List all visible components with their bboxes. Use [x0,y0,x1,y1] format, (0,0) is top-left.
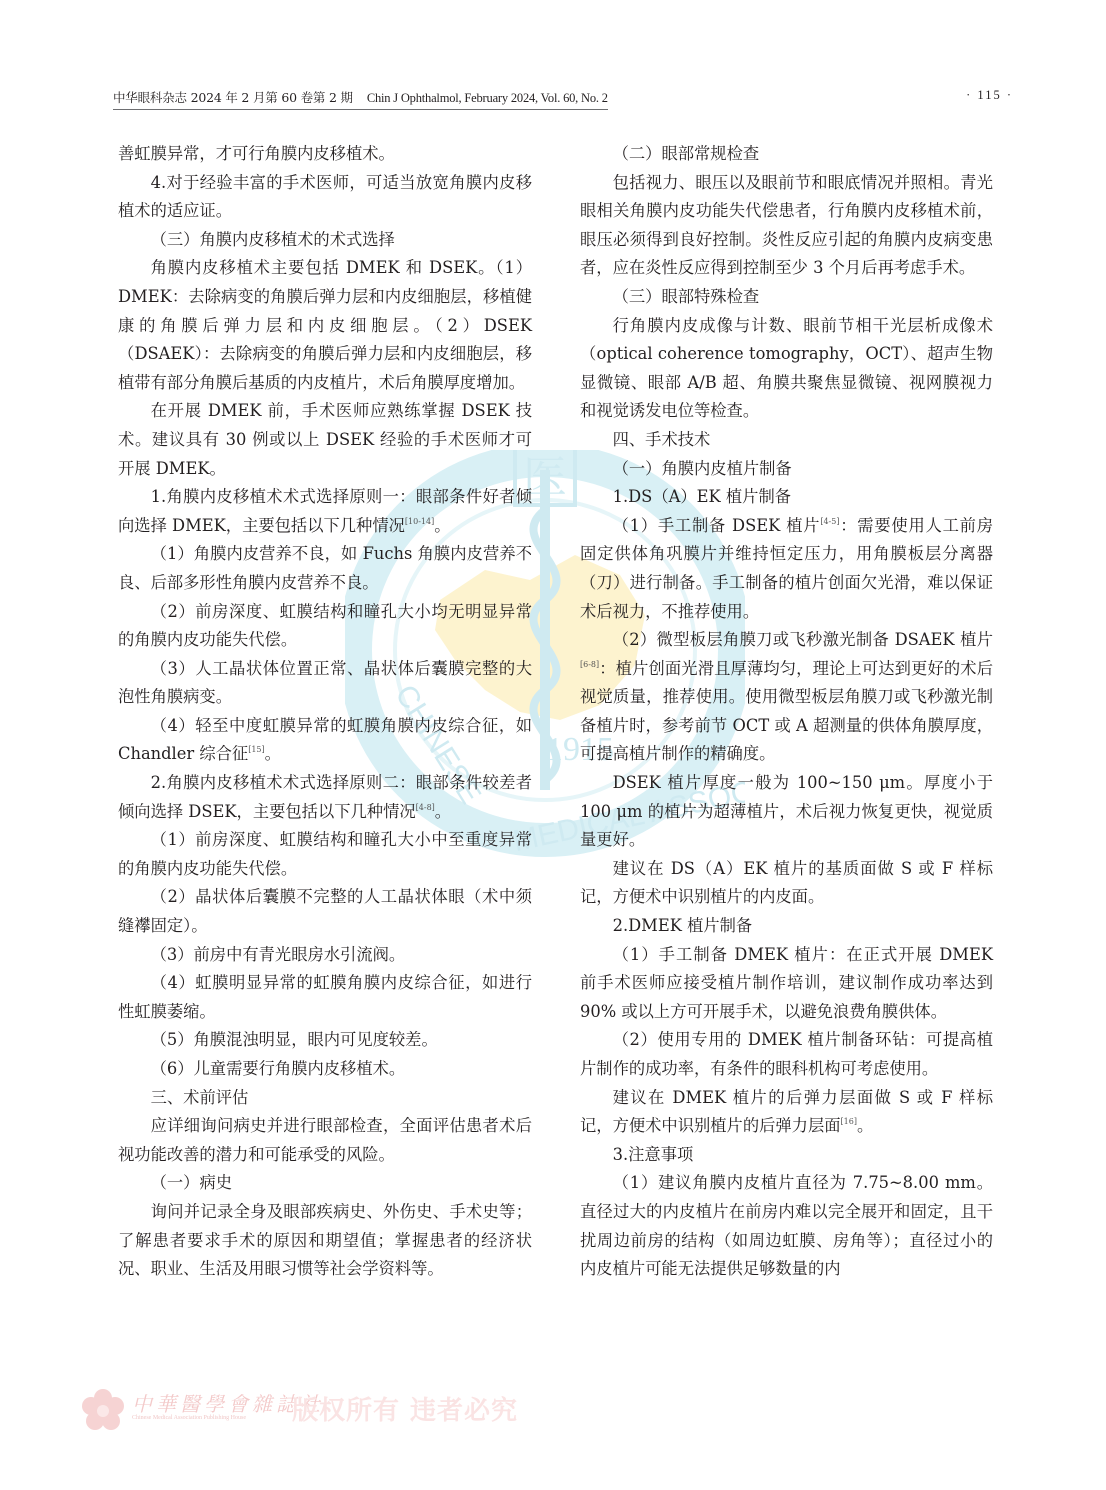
citation-ref[interactable]: [4-8] [416,803,435,812]
right-column: （二）眼部常规检查 包括视力、眼压以及眼前节和眼底情况并照相。青光眼相关角膜内皮… [580,140,993,1284]
list-item: （3）前房中有青光眼房水引流阀。 [118,941,532,970]
journal-citation: 中华眼科杂志 2024 年 2 月第 60 卷第 2 期Chin J Ophth… [113,88,608,110]
paragraph: 询问并记录全身及眼部疾病史、外伤史、手术史等；了解患者要求手术的原因和期望值；掌… [118,1198,532,1284]
paragraph: 在开展 DMEK 前，手术医师应熟练掌握 DSEK 技术。建议具有 30 例或以… [118,397,532,483]
flower-logo-icon [80,1388,126,1434]
list-item: （4）虹膜明显异常的虹膜角膜内皮综合征，如进行性虹膜萎缩。 [118,969,532,1026]
paragraph: 建议在 DS（A）EK 植片的基质面做 S 或 F 样标记，方便术中识别植片的内… [580,855,993,912]
copyright-notice: 版权所有 违者必究 [292,1390,518,1427]
citation-ref[interactable]: [15] [248,745,264,754]
paragraph: 包括视力、眼压以及眼前节和眼底情况并照相。青光眼相关角膜内皮功能失代偿患者，行角… [580,169,993,283]
subsection-heading: （一）角膜内皮植片制备 [580,455,993,484]
list-item: （4）轻至中度虹膜异常的虹膜角膜内皮综合征，如 Chandler 综合征[15]… [118,712,532,769]
citation-ref[interactable]: [6-8] [580,660,599,669]
paragraph: 建议在 DMEK 植片的后弹力层面做 S 或 F 样标记，方便术中识别植片的后弹… [580,1084,993,1141]
citation-ref[interactable]: [10-14] [405,517,434,526]
publisher-name-en: Chinese Medical Association Publishing H… [132,1415,246,1421]
paragraph: 善虹膜异常，才可行角膜内皮移植术。 [118,140,532,169]
subsection-heading: 3.注意事项 [580,1141,993,1170]
left-column: 善虹膜异常，才可行角膜内皮移植术。 4.对于经验丰富的手术医师，可适当放宽角膜内… [118,140,532,1284]
paragraph: 应详细询问病史并进行眼部检查，全面评估患者术后视功能改善的潜力和可能承受的风险。 [118,1112,532,1169]
citation-ref[interactable]: [16] [841,1117,857,1126]
list-item: （1）前房深度、虹膜结构和瞳孔大小中至重度异常的角膜内皮功能失代偿。 [118,826,532,883]
section-heading: 三、术前评估 [118,1084,532,1113]
citation-ref[interactable]: [4-5] [820,517,839,526]
subsection-heading: 2.DMEK 植片制备 [580,912,993,941]
subsection-heading: （二）眼部常规检查 [580,140,993,169]
staff-icon [540,470,550,790]
list-item: （6）儿童需要行角膜内皮移植术。 [118,1055,532,1084]
list-item: （5）角膜混浊明显，眼内可见度较差。 [118,1026,532,1055]
list-item: （2）前房深度、虹膜结构和瞳孔大小均无明显异常的角膜内皮功能失代偿。 [118,598,532,655]
paragraph: DSEK 植片厚度一般为 100~150 μm。厚度小于 100 μm 的植片为… [580,769,993,855]
section-heading: 四、手术技术 [580,426,993,455]
paragraph: 4.对于经验丰富的手术医师，可适当放宽角膜内皮移植术的适应证。 [118,169,532,226]
subsection-heading: 1.DS（A）EK 植片制备 [580,483,993,512]
subsection-heading: （三）眼部特殊检查 [580,283,993,312]
list-item: （1）手工制备 DMEK 植片：在正式开展 DMEK 前手术医师应接受植片制作培… [580,941,993,1027]
list-item: （1）建议角膜内皮植片直径为 7.75~8.00 mm。直径过大的内皮植片在前房… [580,1169,993,1283]
journal-title-en: Chin J Ophthalmol, February 2024, Vol. 6… [367,91,608,105]
running-header: 中华眼科杂志 2024 年 2 月第 60 卷第 2 期Chin J Ophth… [113,88,1013,114]
paragraph: 1.角膜内皮移植术术式选择原则一：眼部条件好者倾向选择 DMEK，主要包括以下几… [118,483,532,540]
list-item: （1）手工制备 DSEK 植片[4-5]：需要使用人工前房固定供体角巩膜片并维持… [580,512,993,626]
paragraph: 角膜内皮移植术主要包括 DMEK 和 DSEK。（1）DMEK：去除病变的角膜后… [118,254,532,397]
list-item: （3）人工晶状体位置正常、晶状体后囊膜完整的大泡性角膜病变。 [118,655,532,712]
journal-title-cn: 中华眼科杂志 2024 年 2 月第 60 卷第 2 期 [113,90,353,105]
publisher-watermark: 中華醫學會雜誌社 Chinese Medical Association Pub… [80,1388,540,1440]
list-item: （2）晶状体后囊膜不完整的人工晶状体眼（术中须缝襻固定）。 [118,883,532,940]
list-item: （2）使用专用的 DMEK 植片制备环钻：可提高植片制作的成功率，有条件的眼科机… [580,1026,993,1083]
list-item: （2）微型板层角膜刀或飞秒激光制备 DSAEK 植片[6-8]：植片创面光滑且厚… [580,626,993,769]
subsection-heading: （一）病史 [118,1169,532,1198]
paragraph: 2.角膜内皮移植术术式选择原则二：眼部条件较差者倾向选择 DSEK，主要包括以下… [118,769,532,826]
serpent-icon [533,510,556,780]
page-number: · 115 · [966,88,1013,103]
list-item: （1）角膜内皮营养不良，如 Fuchs 角膜内皮营养不良、后部多形性角膜内皮营养… [118,540,532,597]
section-heading: （三）角膜内皮移植术的术式选择 [118,226,532,255]
paragraph: 行角膜内皮成像与计数、眼前节相干光层析成像术（optical coherence… [580,312,993,426]
